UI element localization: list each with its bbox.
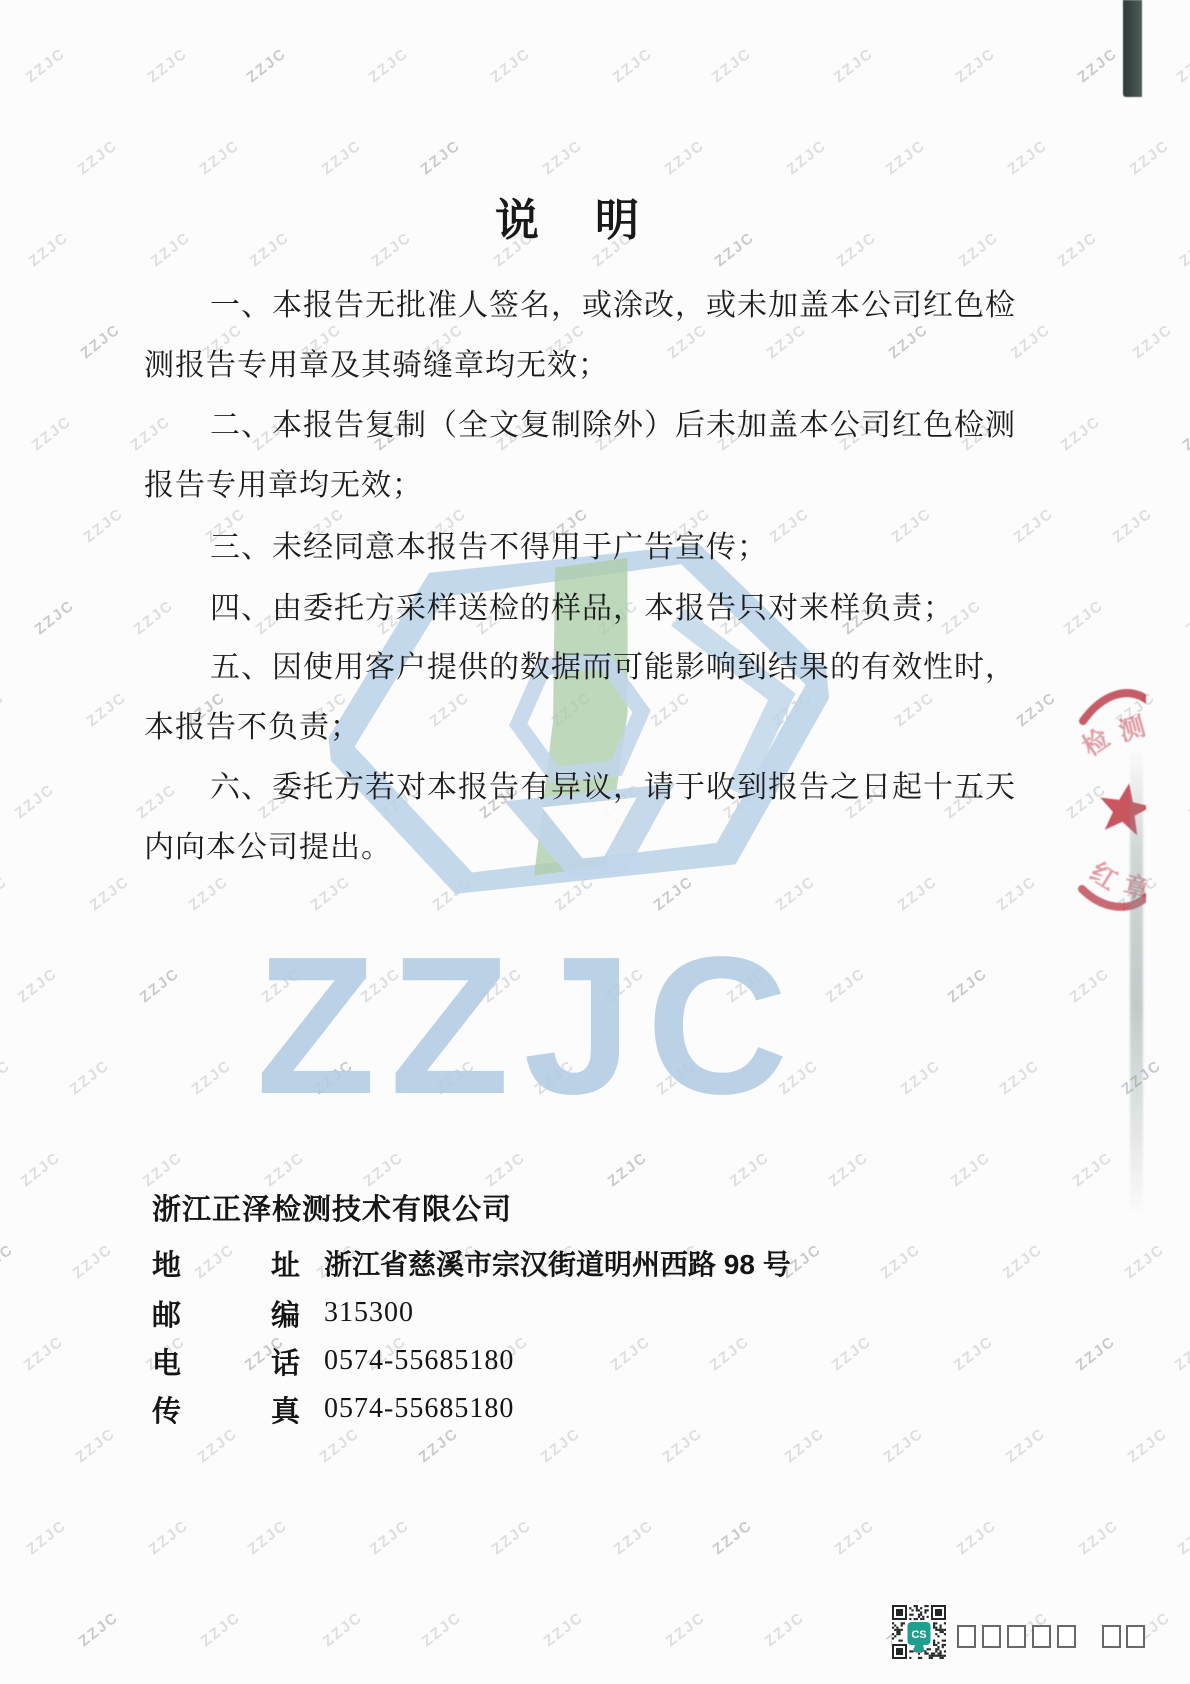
- watermark-tile: ZZJC: [1180, 413, 1190, 454]
- watermark-tile: ZZJC: [608, 1333, 654, 1374]
- watermark-tile: ZZJC: [1075, 45, 1121, 86]
- scanned-report-page: ZZJCZZJCZZJCZZJCZZJCZZJCZZJCZZJCZZJCZZJC…: [0, 0, 1190, 1684]
- watermark-tile: ZZJC: [1183, 597, 1190, 638]
- watermark-tile: ZZJC: [24, 1517, 70, 1558]
- watermark-tile: ZZJC: [1076, 1517, 1122, 1558]
- scan-edge-artifact-top: [1123, 0, 1142, 97]
- watermark-tile: ZZJC: [997, 1057, 1043, 1098]
- placeholder-glyph-box: [1007, 1625, 1026, 1648]
- note-line: 四、由委托方采样送检的样品，本报告只对来样负责；: [144, 583, 1070, 627]
- watermark-tile: ZZJC: [0, 321, 2, 362]
- note-line: 五、因使用客户提供的数据而可能影响到结果的有效性时，: [144, 642, 1070, 686]
- watermark-tile: ZZJC: [826, 1149, 872, 1190]
- watermark-tile: ZZJC: [782, 1425, 828, 1466]
- svg-text:检: 检: [1077, 723, 1115, 762]
- watermark-tile: ZZJC: [611, 1517, 657, 1558]
- watermark-tile: ZZJC: [76, 1609, 122, 1650]
- info-label-char: 电: [152, 1341, 181, 1382]
- watermark-tile: ZZJC: [195, 1425, 241, 1466]
- watermark-tile: ZZJC: [707, 1333, 753, 1374]
- info-value: 315300: [324, 1297, 414, 1329]
- watermark-tile: ZZJC: [489, 1517, 535, 1558]
- watermark-tile: ZZJC: [29, 413, 75, 454]
- watermark-tile: ZZJC: [1070, 1149, 1116, 1190]
- svg-text:测: 测: [1116, 712, 1146, 747]
- watermark-tile: ZZJC: [67, 1057, 113, 1098]
- info-value: 0574-55685180: [324, 1345, 514, 1377]
- watermark-tile: ZZJC: [762, 1609, 808, 1650]
- watermark-tile: ZZJC: [1000, 1241, 1046, 1282]
- watermark-tile: ZZJC: [145, 45, 191, 86]
- placeholder-glyph-box: [1126, 1625, 1145, 1648]
- watermark-tile: ZZJC: [0, 873, 11, 914]
- info-value: 0574-55685180: [324, 1393, 514, 1425]
- watermark-tile: ZZJC: [1067, 965, 1113, 1006]
- watermark-tile: ZZJC: [319, 137, 365, 178]
- watermark-tile: ZZJC: [186, 873, 232, 914]
- note-line: 一、本报告无批准人签名，或涂改，或未加盖本公司红色检: [144, 280, 1070, 324]
- svg-text:CS: CS: [911, 1629, 926, 1641]
- watermark-tile: ZZJC: [895, 873, 941, 914]
- watermark-tile: ZZJC: [1110, 505, 1156, 546]
- watermark-tile: ZZJC: [883, 137, 929, 178]
- watermark-tile: ZZJC: [823, 965, 869, 1006]
- note-line: 报告专用章均无效；: [144, 460, 1004, 504]
- watermark-tile: ZZJC: [1008, 321, 1054, 362]
- watermark-tile: ZZJC: [1073, 1333, 1119, 1374]
- placeholder-glyph-box: [957, 1625, 976, 1648]
- watermark-tile: ZZJC: [137, 965, 183, 1006]
- watermark-tile: ZZJC: [244, 45, 290, 86]
- svg-text:红: 红: [1085, 857, 1122, 895]
- placeholder-glyph-box: [1102, 1625, 1121, 1648]
- watermark-tile: ZZJC: [831, 45, 877, 86]
- info-label: 地址: [152, 1243, 300, 1284]
- watermark-tile: ZZJC: [21, 1333, 67, 1374]
- watermark-tile: ZZJC: [1186, 781, 1190, 822]
- watermark-tile: ZZJC: [1005, 137, 1051, 178]
- watermark-tile: ZZJC: [945, 965, 991, 1006]
- watermark-tile: ZZJC: [245, 1517, 291, 1558]
- watermark-tile: ZZJC: [197, 137, 243, 178]
- watermark-tile: ZZJC: [878, 1241, 924, 1282]
- watermark-tile: ZZJC: [0, 1057, 14, 1098]
- info-row-address: 地址浙江省慈溪市宗汉街道明州西路 98 号: [152, 1246, 791, 1280]
- watermark-tile: ZZJC: [75, 137, 121, 178]
- watermark-tile: ZZJC: [1122, 1241, 1168, 1282]
- qr-code: CS: [892, 1605, 946, 1663]
- watermark-tile: ZZJC: [660, 1425, 706, 1466]
- watermark-tile: ZZJC: [1055, 229, 1101, 270]
- watermark-tile: ZZJC: [540, 137, 586, 178]
- note-line: 六、委托方若对本报告有异议，请于收到报告之日起十五天: [144, 762, 1070, 806]
- info-row-phone: 电话0574-55685180: [152, 1344, 514, 1378]
- watermark-tile: ZZJC: [538, 1425, 584, 1466]
- watermark-tile: ZZJC: [12, 781, 58, 822]
- watermark-tile: ZZJC: [366, 45, 412, 86]
- watermark-tile: ZZJC: [320, 1609, 366, 1650]
- watermark-tile: ZZJC: [32, 597, 78, 638]
- placeholder-glyph-box: [1057, 1625, 1076, 1648]
- watermark-tile: ZZJC: [605, 1149, 651, 1190]
- note-line: 测报告专用章及其骑缝章均无效；: [144, 340, 1004, 384]
- watermark-tile: ZZJC: [73, 1425, 119, 1466]
- watermark-tile: ZZJC: [0, 505, 5, 546]
- info-label: 邮编: [152, 1293, 300, 1334]
- scan-edge-artifact-right: [1130, 748, 1143, 1216]
- info-label-char: 编: [271, 1293, 300, 1334]
- watermark-tile: ZZJC: [832, 1517, 878, 1558]
- watermark-tile: ZZJC: [954, 1517, 1000, 1558]
- watermark-tile: ZZJC: [317, 1425, 363, 1466]
- watermark-tile: ZZJC: [419, 1609, 465, 1650]
- watermark-tile: ZZJC: [1177, 229, 1190, 270]
- watermark-tile: ZZJC: [663, 1609, 709, 1650]
- watermark-tile: ZZJC: [418, 137, 464, 178]
- note-line: 本报告不负责；: [144, 702, 1004, 746]
- watermark-tile: ZZJC: [1127, 137, 1173, 178]
- watermark-tile: ZZJC: [1172, 1333, 1190, 1374]
- watermark-tile: ZZJC: [198, 1609, 244, 1650]
- info-label-char: 真: [271, 1389, 300, 1430]
- placeholder-glyph-box: [982, 1625, 1001, 1648]
- watermark-tile: ZZJC: [829, 1333, 875, 1374]
- info-label-char: 话: [271, 1341, 300, 1382]
- watermark-tile: ZZJC: [994, 873, 1040, 914]
- watermark-tile: ZZJC: [0, 1241, 17, 1282]
- watermark-tile: ZZJC: [488, 45, 534, 86]
- watermark-tile: ZZJC: [709, 45, 755, 86]
- note-line: 三、未经同意本报告不得用于广告宣传；: [144, 522, 1070, 566]
- info-label-char: 址: [271, 1243, 300, 1284]
- watermark-tile: ZZJC: [23, 45, 69, 86]
- note-line: 二、本报告复制（全文复制除外）后未加盖本公司红色检测: [144, 400, 1070, 444]
- watermark-tile: ZZJC: [1125, 1425, 1171, 1466]
- watermark-tile: ZZJC: [367, 1517, 413, 1558]
- info-label-char: 地: [152, 1243, 181, 1284]
- watermark-tile: ZZJC: [951, 1333, 997, 1374]
- watermark-tile: ZZJC: [881, 1425, 927, 1466]
- watermark-tile: ZZJC: [140, 1149, 186, 1190]
- info-label: 电话: [152, 1341, 300, 1382]
- note-line: 内向本公司提出。: [144, 822, 1004, 866]
- watermark-tile: ZZJC: [727, 1149, 773, 1190]
- watermark-tile: ZZJC: [1130, 321, 1176, 362]
- watermark-tile: ZZJC: [610, 45, 656, 86]
- placeholder-glyph-box: [1032, 1625, 1051, 1648]
- watermark-tile: ZZJC: [18, 1149, 64, 1190]
- watermark-tile: ZZJC: [541, 1609, 587, 1650]
- watermark-tile: ZZJC: [70, 1241, 116, 1282]
- zzjc-watermark-text: ZZJC: [256, 928, 802, 1124]
- watermark-tile: ZZJC: [416, 1425, 462, 1466]
- watermark-tile: ZZJC: [78, 321, 124, 362]
- watermark-tile: ZZJC: [898, 1057, 944, 1098]
- watermark-tile: ZZJC: [1174, 45, 1190, 86]
- watermark-tile: ZZJC: [0, 689, 8, 730]
- info-label: 传真: [152, 1389, 300, 1430]
- company-name: 浙江正泽检测技术有限公司: [152, 1187, 512, 1228]
- watermark-tile: ZZJC: [948, 1149, 994, 1190]
- page-title: 说 明: [144, 184, 996, 248]
- watermark-tile: ZZJC: [146, 1517, 192, 1558]
- watermark-tile: ZZJC: [361, 1149, 407, 1190]
- watermark-tile: ZZJC: [1003, 1425, 1049, 1466]
- watermark-tile: ZZJC: [773, 873, 819, 914]
- info-value: 浙江省慈溪市宗汉街道明州西路 98 号: [324, 1243, 791, 1283]
- info-label-char: 传: [152, 1389, 181, 1430]
- watermark-tile: ZZJC: [262, 1149, 308, 1190]
- watermark-tile: ZZJC: [651, 873, 697, 914]
- watermark-tile: ZZJC: [662, 137, 708, 178]
- info-row-postcode: 邮编315300: [152, 1296, 414, 1330]
- watermark-tile: ZZJC: [81, 505, 127, 546]
- info-label-char: 邮: [152, 1293, 181, 1334]
- watermark-tile: ZZJC: [784, 137, 830, 178]
- watermark-tile: ZZJC: [87, 873, 133, 914]
- watermark-tile: ZZJC: [710, 1517, 756, 1558]
- watermark-tile: ZZJC: [483, 1149, 529, 1190]
- watermark-tile: ZZJC: [84, 689, 130, 730]
- watermark-tile: ZZJC: [26, 229, 72, 270]
- info-row-fax: 传真0574-55685180: [152, 1392, 514, 1426]
- watermark-tile: ZZJC: [189, 1057, 235, 1098]
- watermark-tile: ZZJC: [15, 965, 61, 1006]
- watermark-tile: ZZJC: [953, 45, 999, 86]
- watermark-tile: ZZJC: [1175, 1517, 1190, 1558]
